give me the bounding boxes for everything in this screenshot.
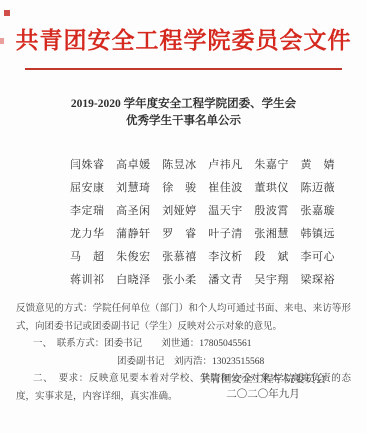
student-name: 白晓泽 bbox=[116, 271, 151, 287]
student-name: 张湘慧 bbox=[254, 225, 289, 241]
student-name: 李定瑞 bbox=[70, 202, 105, 218]
student-name: 韩镇远 bbox=[300, 225, 335, 241]
student-name: 闫姝睿 bbox=[70, 156, 105, 172]
student-name: 段 斌 bbox=[254, 248, 289, 264]
student-name: 张小柔 bbox=[162, 271, 197, 287]
student-name-list: 闫姝睿 高卓媛 陈昱冰 卢祎凡 朱嘉宁 黄 婧 屈安康 刘慧琦 徐 骏 崔佳波 … bbox=[70, 156, 335, 287]
student-name: 李汶析 bbox=[208, 248, 243, 264]
student-name: 张慕禧 bbox=[162, 248, 197, 264]
letterhead-divider bbox=[25, 68, 342, 70]
scan-artifact-icon bbox=[0, 38, 4, 44]
student-name: 朱嘉宁 bbox=[254, 156, 289, 172]
student-name: 马 超 bbox=[70, 248, 105, 264]
issuing-committee-signature: 共青团安全工程学院委员会 bbox=[196, 372, 330, 387]
signature-block: 共青团安全工程学院委员会 二〇二〇年九月 bbox=[196, 372, 330, 402]
student-name: 叶子清 bbox=[208, 225, 243, 241]
student-name: 董珙仪 bbox=[254, 179, 289, 195]
contact-info-line1: 一、 联系方式：团委书记 刘世通：17805045561 bbox=[16, 336, 351, 354]
student-name: 黄 婧 bbox=[300, 156, 335, 172]
student-name: 陈迈薇 bbox=[300, 179, 335, 195]
student-name: 李可心 bbox=[300, 248, 335, 264]
document-title: 2019-2020 学年度安全工程学院团委、学生会 优秀学生干事名单公示 bbox=[0, 96, 367, 130]
student-name: 龙力华 bbox=[70, 225, 105, 241]
student-name: 高卓媛 bbox=[116, 156, 151, 172]
student-name: 屈安康 bbox=[70, 179, 105, 195]
document-date: 二〇二〇年九月 bbox=[196, 387, 330, 402]
student-name: 卢祎凡 bbox=[208, 156, 243, 172]
document-letterhead: 共青团安全工程学院委员会文件 bbox=[0, 22, 367, 55]
student-name: 温天宇 bbox=[208, 202, 243, 218]
contact-info-line2: 团委副书记 刘丙浩：13023515568 bbox=[117, 354, 351, 372]
feedback-method-paragraph: 反馈意见的方式：学院任何单位（部门）和个人均可通过书面、来电、来访等形式，向团委… bbox=[16, 301, 351, 336]
student-name: 朱俊宏 bbox=[116, 248, 151, 264]
student-name: 罗 睿 bbox=[162, 225, 197, 241]
student-name: 殷波霄 bbox=[254, 202, 289, 218]
student-name: 蒋训祁 bbox=[70, 271, 105, 287]
student-name: 蒲静轩 bbox=[116, 225, 151, 241]
student-name: 梁琛裕 bbox=[300, 271, 335, 287]
student-name: 刘慧琦 bbox=[116, 179, 151, 195]
student-name: 崔佳波 bbox=[208, 179, 243, 195]
document-title-line2: 优秀学生干事名单公示 bbox=[0, 113, 367, 130]
student-name: 潘文青 bbox=[208, 271, 243, 287]
student-name: 刘娅婷 bbox=[162, 202, 197, 218]
student-name: 张嘉璇 bbox=[300, 202, 335, 218]
document-title-line1: 2019-2020 学年度安全工程学院团委、学生会 bbox=[0, 96, 367, 113]
student-name: 徐 骏 bbox=[162, 179, 197, 195]
scanned-document-page: 共青团安全工程学院委员会文件 2019-2020 学年度安全工程学院团委、学生会… bbox=[0, 0, 367, 433]
student-name: 高圣闲 bbox=[116, 202, 151, 218]
student-name: 陈昱冰 bbox=[162, 156, 197, 172]
student-name: 吴宇翔 bbox=[254, 271, 289, 287]
scan-artifact-icon bbox=[4, 10, 10, 16]
